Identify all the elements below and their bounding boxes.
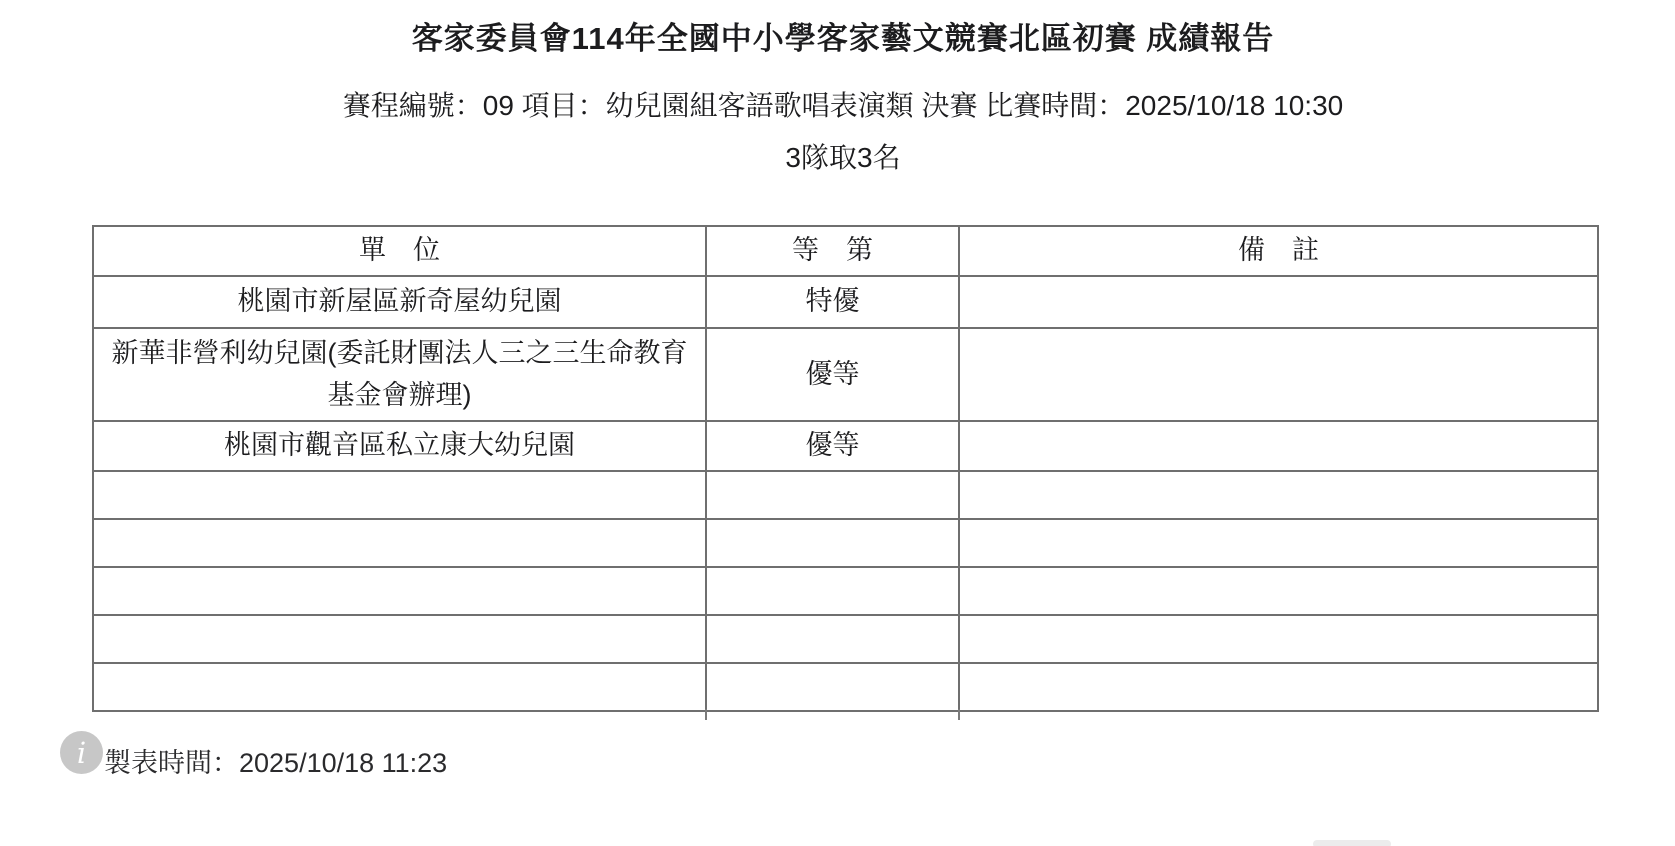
clipped-row-divider-stub (705, 709, 707, 720)
cell-note (959, 328, 1598, 421)
cell-note (959, 663, 1598, 711)
table-row-empty (93, 663, 1598, 711)
column-header-note: 備 註 (959, 226, 1598, 276)
clipped-bottom-element (1313, 840, 1391, 846)
results-table: 單 位 等 第 備 註 桃園市新屋區新奇屋幼兒園 特優 新華非營利幼兒園(委託財… (92, 225, 1599, 712)
table-row: 桃園市觀音區私立康大幼兒園 優等 (93, 421, 1598, 471)
cell-rank: 特優 (706, 276, 959, 328)
cell-note (959, 615, 1598, 663)
cell-unit: 桃園市觀音區私立康大幼兒園 (93, 421, 706, 471)
cell-note (959, 519, 1598, 567)
cell-unit (93, 663, 706, 711)
info-icon[interactable]: i (60, 731, 103, 774)
cell-rank (706, 519, 959, 567)
table-header-row: 單 位 等 第 備 註 (93, 226, 1598, 276)
cell-rank (706, 615, 959, 663)
table-row: 新華非營利幼兒園(委託財團法人三之三生命教育基金會辦理) 優等 (93, 328, 1598, 421)
report-title: 客家委員會114年全國中小學客家藝文競賽北區初賽 成績報告 (0, 13, 1675, 58)
cell-unit (93, 471, 706, 519)
cell-rank: 優等 (706, 328, 959, 421)
cell-rank (706, 471, 959, 519)
cell-rank (706, 663, 959, 711)
column-header-unit: 單 位 (93, 226, 706, 276)
table-row-empty (93, 615, 1598, 663)
table-row: 桃園市新屋區新奇屋幼兒園 特優 (93, 276, 1598, 328)
cell-note (959, 421, 1598, 471)
report-subtitle: 賽程編號：09 項目：幼兒園組客語歌唱表演類 決賽 比賽時間：2025/10/1… (0, 84, 1675, 124)
cell-note (959, 567, 1598, 615)
clipped-row-divider-stub (958, 709, 960, 720)
report-page: 客家委員會114年全國中小學客家藝文競賽北區初賽 成績報告 賽程編號：09 項目… (0, 0, 1675, 846)
cell-note (959, 471, 1598, 519)
column-header-rank: 等 第 (706, 226, 959, 276)
generated-timestamp: 製表時間：2025/10/18 11:23 (104, 741, 447, 780)
cell-unit: 新華非營利幼兒園(委託財團法人三之三生命教育基金會辦理) (93, 328, 706, 421)
cell-unit (93, 567, 706, 615)
cell-unit: 桃園市新屋區新奇屋幼兒園 (93, 276, 706, 328)
cell-unit (93, 519, 706, 567)
table-row-empty (93, 471, 1598, 519)
table-row-empty (93, 567, 1598, 615)
cell-rank: 優等 (706, 421, 959, 471)
report-quota-line: 3隊取3名 (0, 136, 1675, 176)
cell-unit (93, 615, 706, 663)
cell-note (959, 276, 1598, 328)
cell-rank (706, 567, 959, 615)
table-row-empty (93, 519, 1598, 567)
